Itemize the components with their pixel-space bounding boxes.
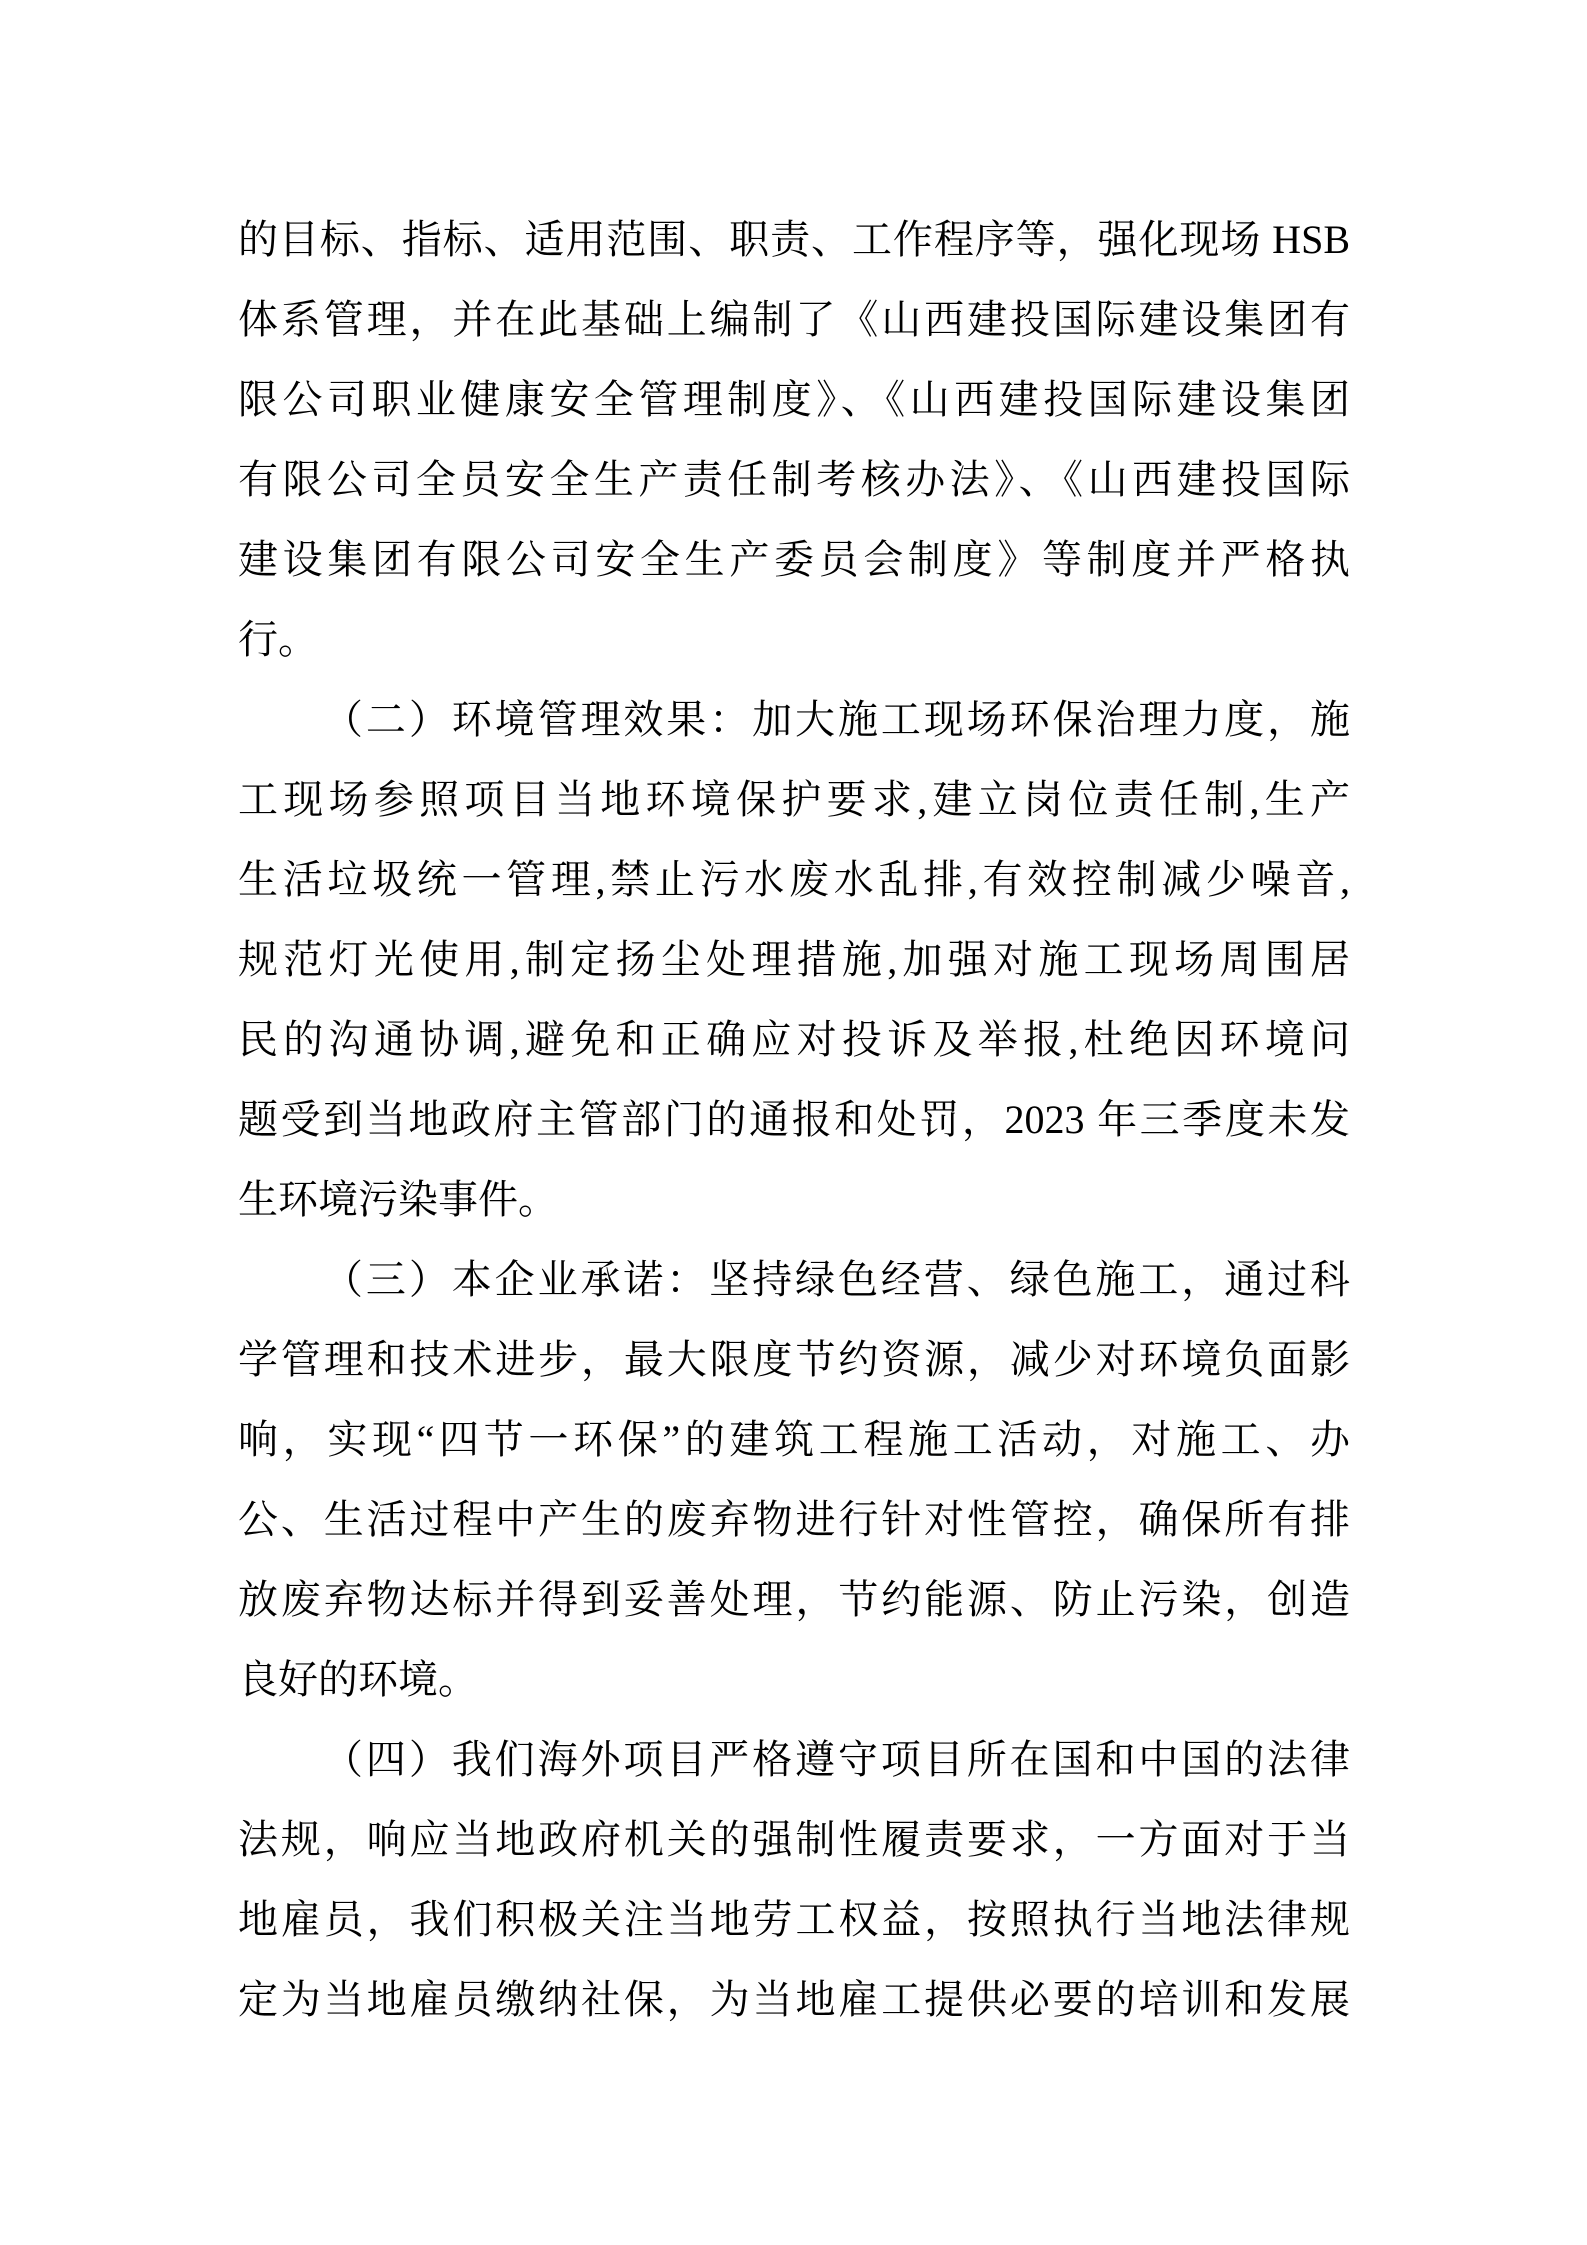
text-line: 有限公司全员安全生产责任制考核办法》、《山西建投国际: [238, 440, 1350, 520]
text-line: 响，实现“四节一环保”的建筑工程施工活动，对施工、办: [238, 1400, 1350, 1480]
text-line: 限公司职业健康安全管理制度》、《山西建投国际建设集团: [238, 360, 1350, 440]
text-line: 的目标、指标、适用范围、职责、工作程序等，强化现场 HSB: [238, 200, 1350, 280]
text-line: （三）本企业承诺：坚持绿色经营、绿色施工，通过科: [238, 1240, 1350, 1320]
text-line: 体系管理，并在此基础上编制了《山西建投国际建设集团有: [238, 280, 1350, 360]
text-line: 规范灯光使用,制定扬尘处理措施,加强对施工现场周围居: [238, 920, 1350, 1000]
text-line: 民的沟通协调,避免和正确应对投诉及举报,杜绝因环境问: [238, 1000, 1350, 1080]
document-page: 的目标、指标、适用范围、职责、工作程序等，强化现场 HSB 体系管理，并在此基础…: [0, 0, 1587, 2245]
text-line: 生活垃圾统一管理,禁止污水废水乱排,有效控制减少噪音,: [238, 840, 1350, 920]
text-line: 公、生活过程中产生的废弃物进行针对性管控，确保所有排: [238, 1480, 1350, 1560]
text-line: 行。: [238, 600, 1350, 680]
document-text-block: 的目标、指标、适用范围、职责、工作程序等，强化现场 HSB 体系管理，并在此基础…: [238, 200, 1350, 2040]
text-line: 工现场参照项目当地环境保护要求,建立岗位责任制,生产: [238, 760, 1350, 840]
text-line: 良好的环境。: [238, 1640, 1350, 1720]
paragraph-environment-management: （二）环境管理效果：加大施工现场环保治理力度，施 工现场参照项目当地环境保护要求…: [238, 680, 1350, 1240]
text-line: 法规，响应当地政府机关的强制性履责要求，一方面对于当: [238, 1800, 1350, 1880]
text-line: （二）环境管理效果：加大施工现场环保治理力度，施: [238, 680, 1350, 760]
paragraph-overseas-projects: （四）我们海外项目严格遵守项目所在国和中国的法律 法规，响应当地政府机关的强制性…: [238, 1720, 1350, 2040]
text-line: 题受到当地政府主管部门的通报和处罚，2023 年三季度未发: [238, 1080, 1350, 1160]
text-line: （四）我们海外项目严格遵守项目所在国和中国的法律: [238, 1720, 1350, 1800]
paragraph-enterprise-commitment: （三）本企业承诺：坚持绿色经营、绿色施工，通过科 学管理和技术进步，最大限度节约…: [238, 1240, 1350, 1720]
paragraph-ohs-system-continuation: 的目标、指标、适用范围、职责、工作程序等，强化现场 HSB 体系管理，并在此基础…: [238, 200, 1350, 680]
text-line: 学管理和技术进步，最大限度节约资源，减少对环境负面影: [238, 1320, 1350, 1400]
text-line: 生环境污染事件。: [238, 1160, 1350, 1240]
text-line: 放废弃物达标并得到妥善处理，节约能源、防止污染，创造: [238, 1560, 1350, 1640]
text-line: 定为当地雇员缴纳社保，为当地雇工提供必要的培训和发展: [238, 1960, 1350, 2040]
text-line: 地雇员，我们积极关注当地劳工权益，按照执行当地法律规: [238, 1880, 1350, 1960]
text-line: 建设集团有限公司安全生产委员会制度》等制度并严格执: [238, 520, 1350, 600]
